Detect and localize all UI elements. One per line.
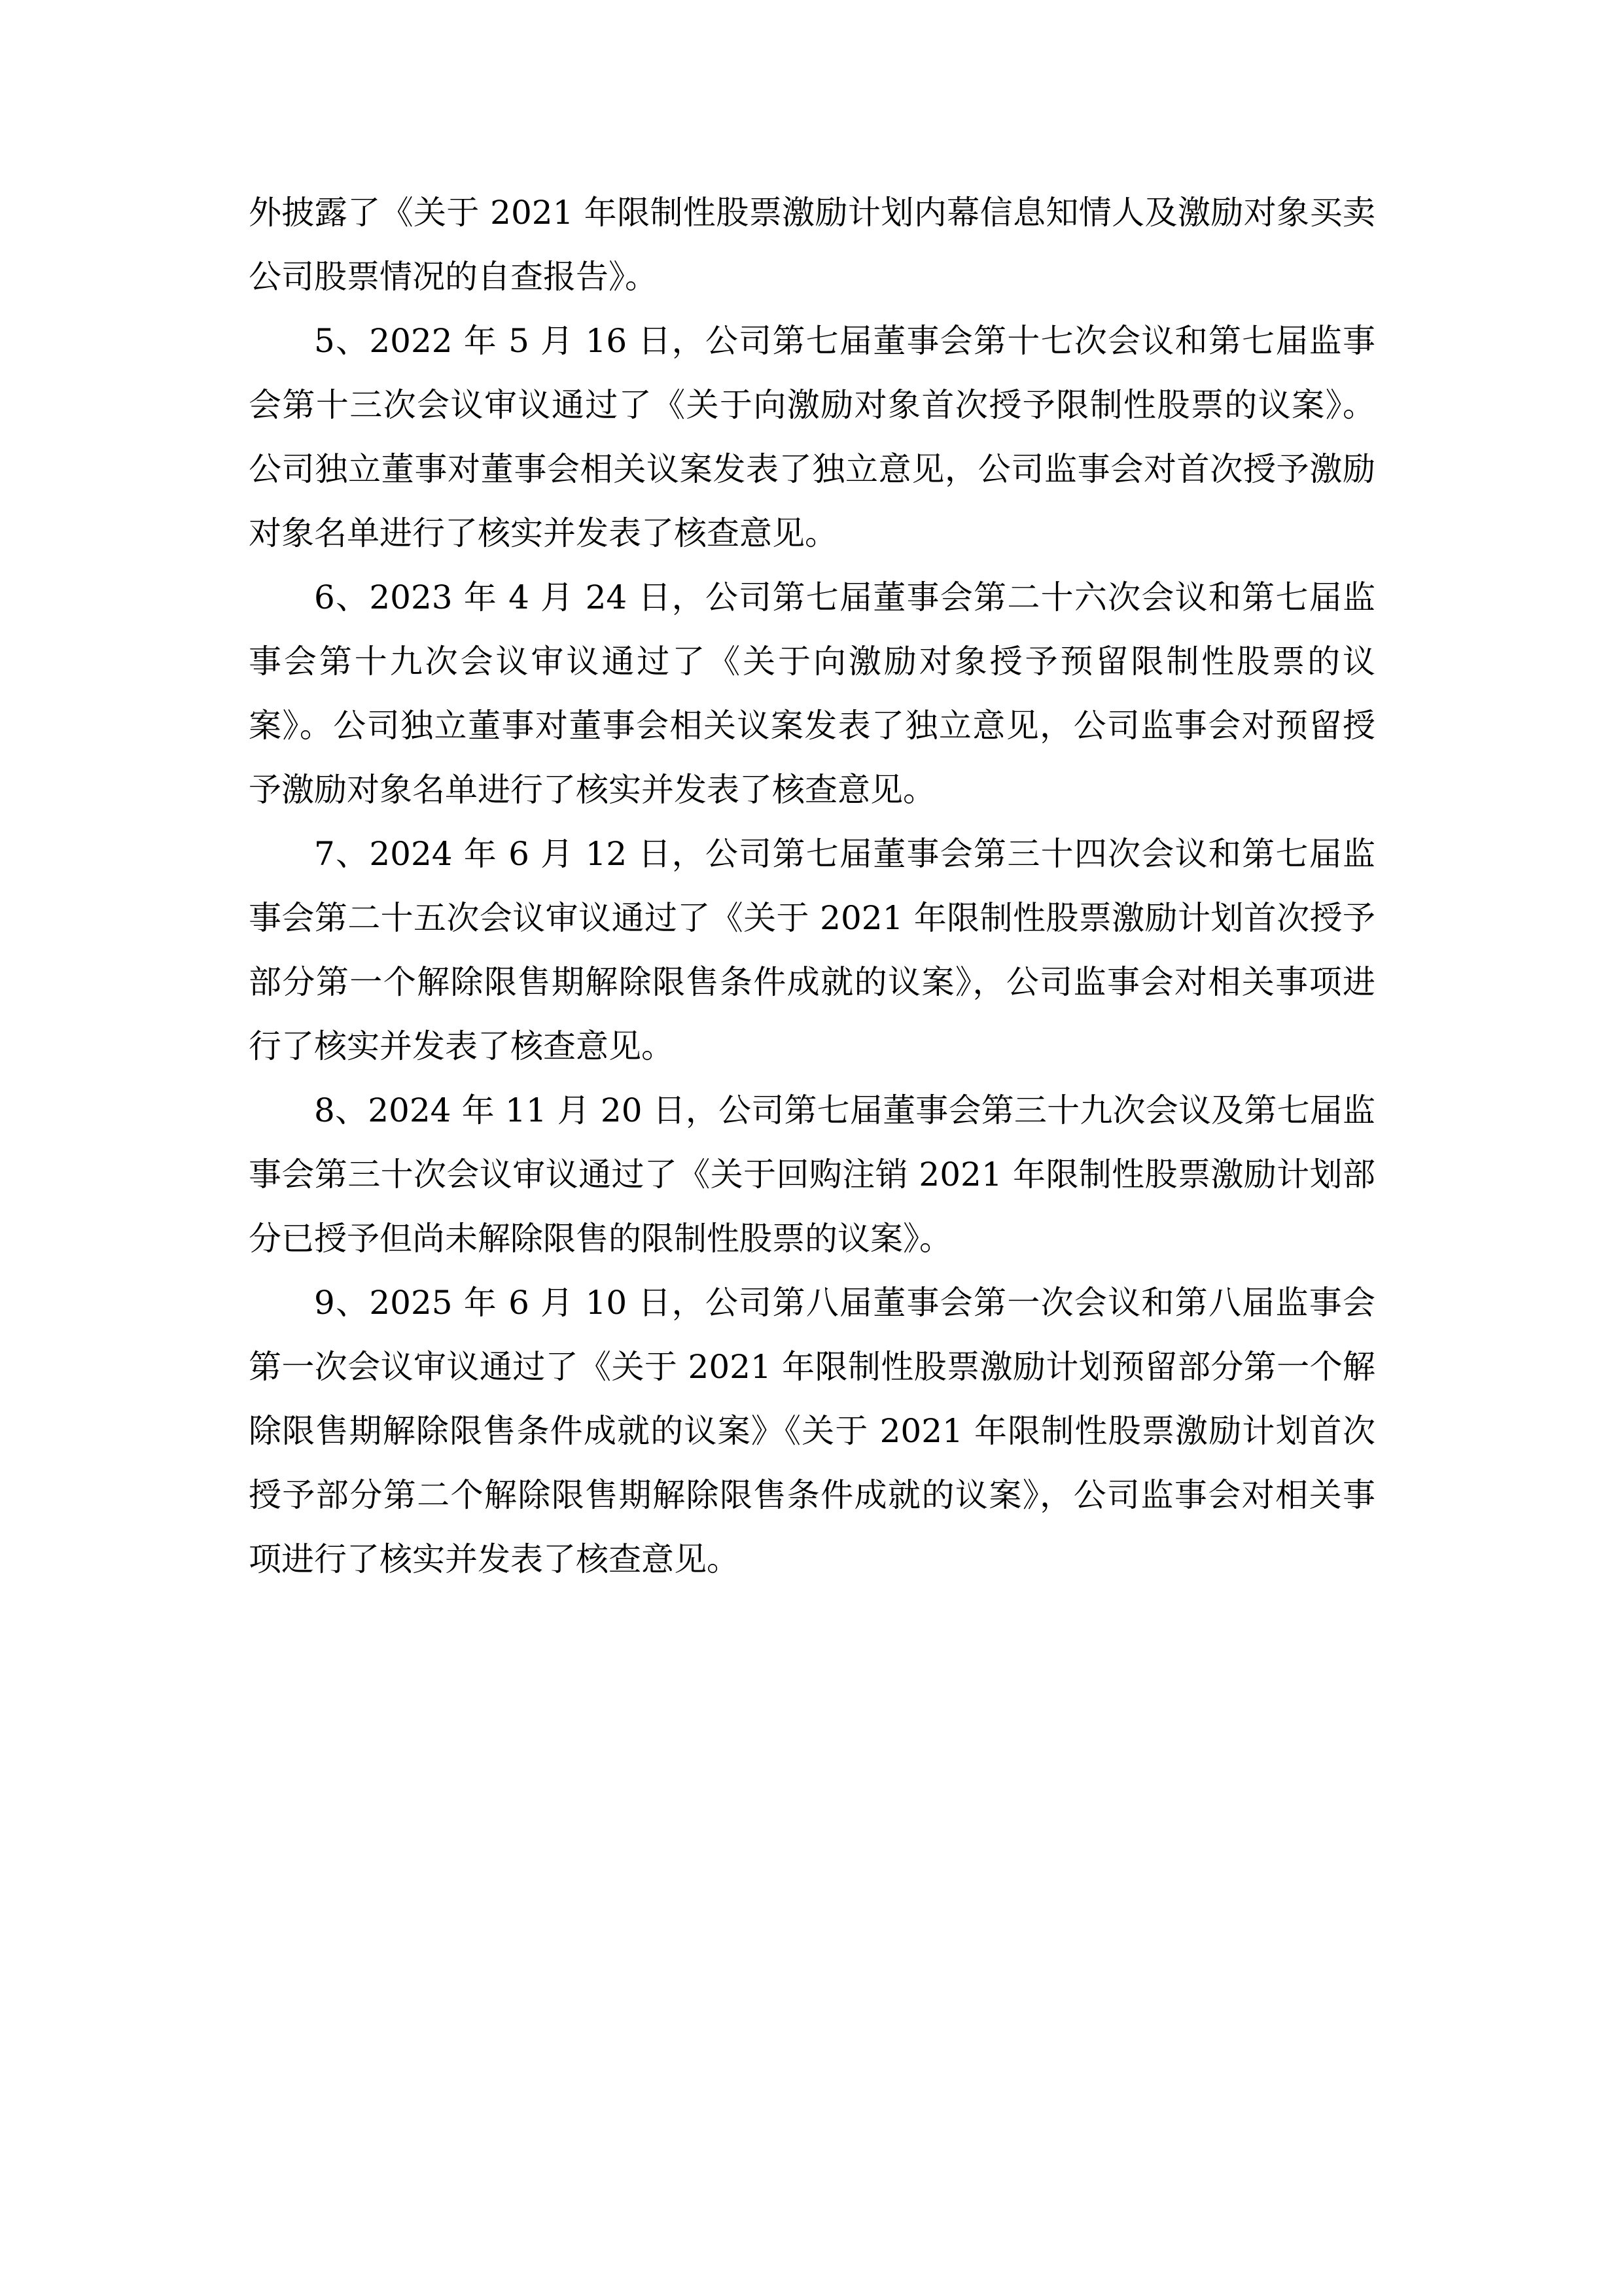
document-body: 外披露了《关于 2021 年限制性股票激励计划内幕信息知情人及激励对象买卖公司股…	[249, 181, 1375, 1591]
paragraph-continuation: 外披露了《关于 2021 年限制性股票激励计划内幕信息知情人及激励对象买卖公司股…	[249, 181, 1375, 309]
paragraph-item-8: 8、2024 年 11 月 20 日，公司第七届董事会第三十九次会议及第七届监事…	[249, 1078, 1375, 1271]
paragraph-item-9: 9、2025 年 6 月 10 日，公司第八届董事会第一次会议和第八届监事会第一…	[249, 1271, 1375, 1591]
paragraph-item-5: 5、2022 年 5 月 16 日，公司第七届董事会第十七次会议和第七届监事会第…	[249, 309, 1375, 565]
paragraph-item-6: 6、2023 年 4 月 24 日，公司第七届董事会第二十六次会议和第七届监事会…	[249, 565, 1375, 822]
paragraph-item-7: 7、2024 年 6 月 12 日，公司第七届董事会第三十四次会议和第七届监事会…	[249, 822, 1375, 1078]
document-page: 外披露了《关于 2021 年限制性股票激励计划内幕信息知情人及激励对象买卖公司股…	[0, 0, 1622, 2296]
